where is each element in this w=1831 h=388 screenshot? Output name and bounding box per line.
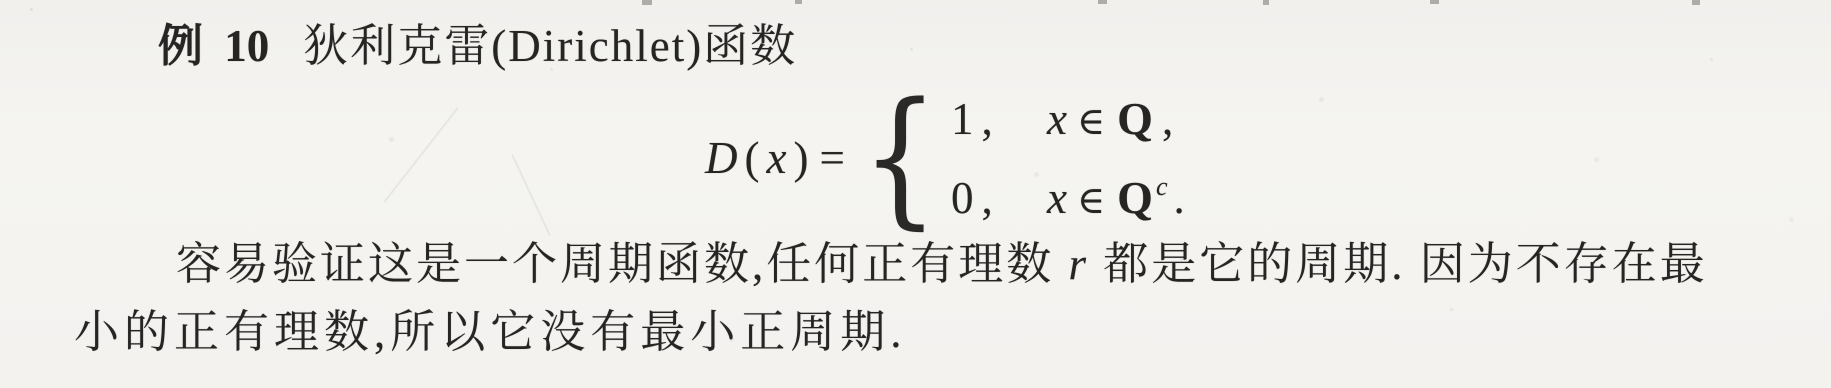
paragraph-text: 容易验证这是一个周期函数,任何正有理数 xyxy=(176,239,1069,289)
case-punctuation: . xyxy=(1174,172,1185,224)
case-variable: x xyxy=(1047,172,1067,224)
scan-artifact-scratch xyxy=(511,154,551,236)
scan-artifact-scratch xyxy=(383,107,458,203)
set-symbol-Q: Q xyxy=(1117,92,1155,145)
cases-block: 1,x∈Q, 0,x∈Qc. xyxy=(951,92,1185,224)
set-superscript-c: c xyxy=(1156,172,1168,202)
close-paren: ) xyxy=(793,132,808,184)
case-row-irrational: 0,x∈Qc. xyxy=(951,171,1185,224)
scan-artifact-topmark xyxy=(1098,0,1107,4)
scan-noise xyxy=(30,8,33,11)
example-number: 例 10 xyxy=(158,21,269,71)
example-title: 狄利克雷(Dirichlet)函数 xyxy=(303,21,797,71)
formula-lhs: D(x)= xyxy=(705,132,845,184)
case-value: 0, xyxy=(951,172,1047,224)
equals-sign: = xyxy=(819,132,844,184)
scan-artifact-topmark xyxy=(642,0,652,5)
case-punctuation: , xyxy=(1162,93,1173,145)
case-value: 1, xyxy=(951,93,1047,145)
function-name: D xyxy=(705,132,738,184)
scan-artifact-topmark xyxy=(1692,0,1700,5)
case-variable: x xyxy=(1047,93,1067,145)
element-of-symbol: ∈ xyxy=(1077,178,1105,222)
scan-artifact-topmark xyxy=(1263,0,1269,5)
scan-artifact-topmark xyxy=(1430,0,1439,4)
textbook-page: 例 10狄利克雷(Dirichlet)函数 D(x)= { 1,x∈Q, 0,x… xyxy=(0,0,1831,388)
period-variable-r: r xyxy=(1069,239,1090,289)
function-argument: x xyxy=(767,132,787,184)
paragraph-text: 都是它的周期. 因为不存在最 xyxy=(1089,239,1708,289)
paragraph-line-2: 小的正有理数,所以它没有最小正周期. xyxy=(74,307,907,357)
set-symbol-Q: Q xyxy=(1117,171,1155,224)
element-of-symbol: ∈ xyxy=(1077,99,1105,143)
cases-brace: { xyxy=(861,95,938,221)
case-row-rational: 1,x∈Q, xyxy=(951,92,1185,145)
open-paren: ( xyxy=(745,132,760,184)
dirichlet-formula: D(x)= { 1,x∈Q, 0,x∈Qc. xyxy=(705,92,1185,224)
paragraph-line-1: 容易验证这是一个周期函数,任何正有理数 r 都是它的周期. 因为不存在最 xyxy=(176,239,1708,289)
example-heading: 例 10狄利克雷(Dirichlet)函数 xyxy=(158,22,797,70)
scan-artifact-topmark xyxy=(795,0,802,4)
